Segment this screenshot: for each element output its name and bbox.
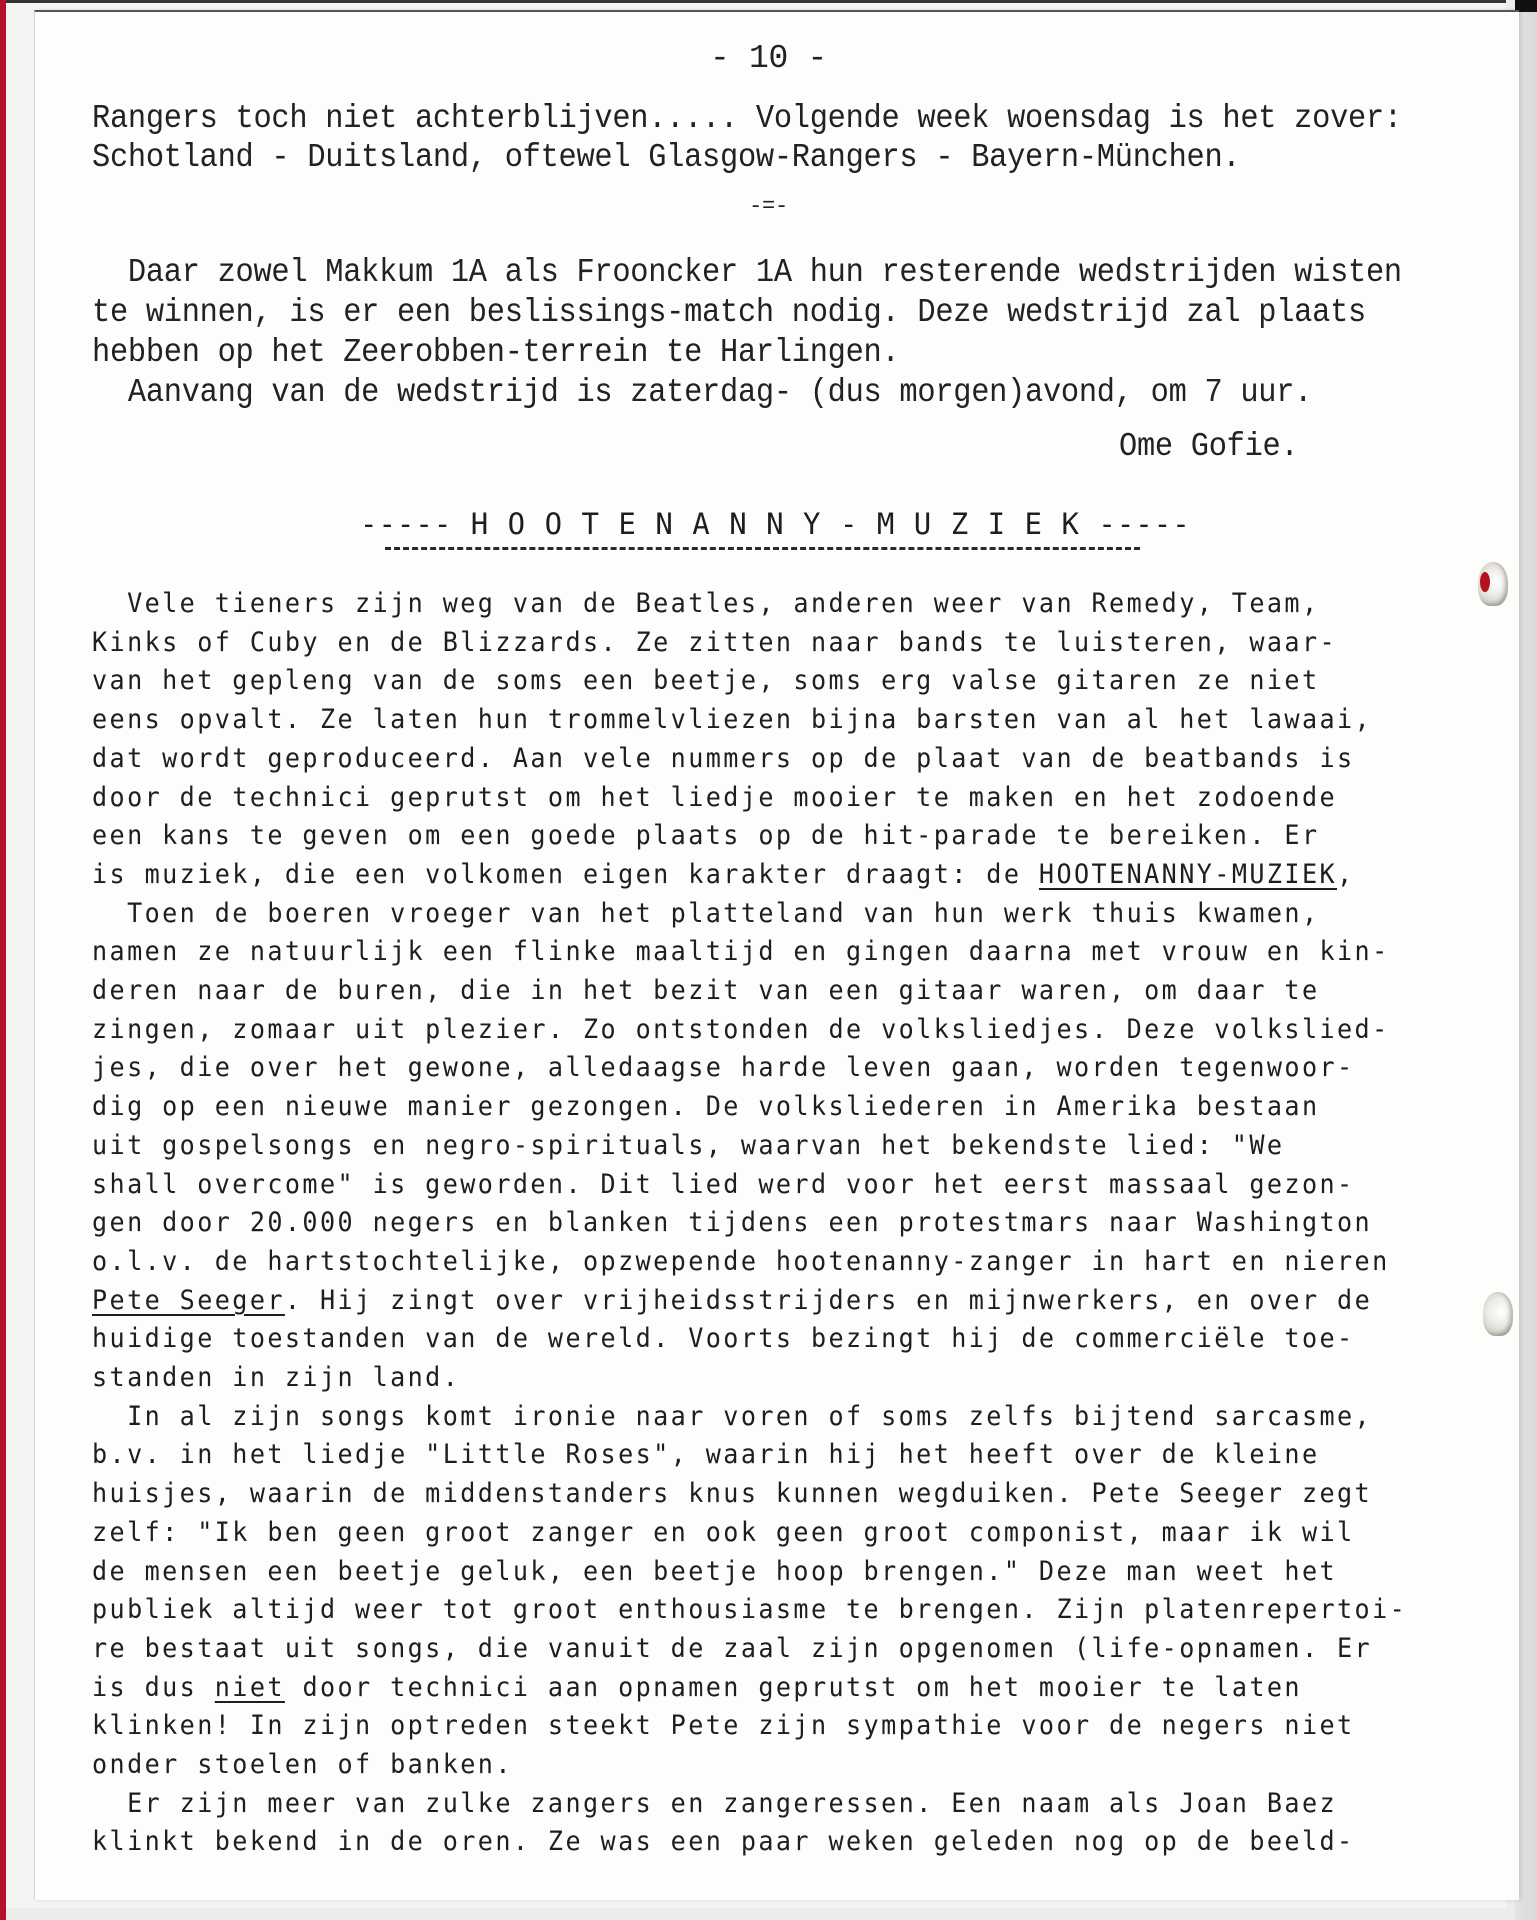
article-line: klinken! In zijn optreden steekt Pete zi…: [92, 1712, 1355, 1739]
line-text: Vele tieners zijn weg van de Beatles, an…: [92, 588, 1319, 619]
article-line: klinkt bekend in de oren. Ze was een paa…: [92, 1828, 1355, 1855]
article-line: huidige toestanden van de wereld. Voorts…: [92, 1325, 1355, 1352]
text-line: hebben op het Zeerobben-terrein te Harli…: [92, 336, 899, 369]
line-text: een kans te geven om een goede plaats op…: [92, 820, 1319, 851]
text-line: Rangers toch niet achterblijven..... Vol…: [92, 102, 1402, 135]
underlined-text: Pete Seeger: [92, 1285, 285, 1316]
article-line: Vele tieners zijn weg van de Beatles, an…: [92, 590, 1319, 617]
article-line: dat wordt geproduceerd. Aan vele nummers…: [92, 745, 1355, 772]
line-text: gen door 20.000 negers en blanken tijden…: [92, 1207, 1372, 1238]
line-text: door technici aan opnamen geprutst om he…: [285, 1672, 1302, 1703]
article-line: van het gepleng van de soms een beetje, …: [92, 667, 1319, 694]
line-text: In al zijn songs komt ironie naar voren …: [92, 1401, 1372, 1432]
article-line: zelf: "Ik ben geen groot zanger en ook g…: [92, 1519, 1355, 1546]
article-line: huisjes, waarin de middenstanders knus k…: [92, 1480, 1372, 1507]
staple-icon: [1483, 1292, 1513, 1336]
line-text: is muziek, die een volkomen eigen karakt…: [92, 859, 1039, 890]
article-line: de mensen een beetje geluk, een beetje h…: [92, 1558, 1337, 1585]
article-line: uit gospelsongs en negro-spirituals, waa…: [92, 1132, 1284, 1159]
line-text: is dus: [92, 1672, 215, 1703]
line-text: de mensen een beetje geluk, een beetje h…: [92, 1556, 1337, 1587]
signature: Ome Gofie.: [1119, 430, 1298, 463]
article-heading: ----- H O O T E N A N N Y - M U Z I E K …: [360, 507, 1191, 541]
line-text: uit gospelsongs en negro-spirituals, waa…: [92, 1130, 1284, 1161]
article-line: jes, die over het gewone, alledaagse har…: [92, 1054, 1355, 1081]
line-text: standen in zijn land.: [92, 1362, 460, 1393]
article-line: onder stoelen of banken.: [92, 1751, 513, 1778]
text-line: Aanvang van de wedstrijd is zaterdag- (d…: [92, 376, 1312, 409]
article-line: deren naar de buren, die in het bezit va…: [92, 977, 1319, 1004]
article-line: zingen, zomaar uit plezier. Zo ontstonde…: [92, 1016, 1390, 1043]
line-text: van het gepleng van de soms een beetje, …: [92, 665, 1319, 696]
line-text: door de technici geprutst om het liedje …: [92, 782, 1337, 813]
line-text: o.l.v. de hartstochtelijke, opzwepende h…: [92, 1246, 1390, 1277]
article-line: is muziek, die een volkomen eigen karakt…: [92, 861, 1355, 888]
line-text: huisjes, waarin de middenstanders knus k…: [92, 1478, 1372, 1509]
article-line: re bestaat uit songs, die vanuit de zaal…: [92, 1635, 1372, 1662]
page-number: - 10 -: [0, 42, 1537, 75]
article-line: standen in zijn land.: [92, 1364, 460, 1391]
article-line: shall overcome" is geworden. Dit lied we…: [92, 1171, 1355, 1198]
article-line: In al zijn songs komt ironie naar voren …: [92, 1403, 1372, 1430]
article-line: publiek altijd weer tot groot enthousias…: [92, 1596, 1407, 1623]
underlined-text: HOOTENANNY-MUZIEK: [1039, 859, 1337, 890]
line-text: onder stoelen of banken.: [92, 1749, 513, 1780]
line-text: deren naar de buren, die in het bezit va…: [92, 975, 1319, 1006]
staple-icon: [1478, 562, 1508, 606]
article-line: eens opvalt. Ze laten hun trommelvliezen…: [92, 706, 1372, 733]
article-line: is dus niet door technici aan opnamen ge…: [92, 1674, 1302, 1701]
line-text: ,: [1337, 859, 1355, 890]
article-line: b.v. in het liedje "Little Roses", waari…: [92, 1441, 1319, 1468]
line-text: dig op een nieuwe manier gezongen. De vo…: [92, 1091, 1319, 1122]
line-text: huidige toestanden van de wereld. Voorts…: [92, 1323, 1355, 1354]
heading-underline: [385, 547, 1140, 550]
line-text: klinkt bekend in de oren. Ze was een paa…: [92, 1826, 1355, 1857]
line-text: shall overcome" is geworden. Dit lied we…: [92, 1169, 1355, 1200]
article-line: een kans te geven om een goede plaats op…: [92, 822, 1319, 849]
article-line: Pete Seeger. Hij zingt over vrijheidsstr…: [92, 1287, 1372, 1314]
line-text: Er zijn meer van zulke zangers en zanger…: [92, 1788, 1337, 1819]
line-text: namen ze natuurlijk een flinke maaltijd …: [92, 936, 1390, 967]
article-line: gen door 20.000 negers en blanken tijden…: [92, 1209, 1372, 1236]
line-text: jes, die over het gewone, alledaagse har…: [92, 1052, 1355, 1083]
text-line: te winnen, is er een beslissings-match n…: [92, 296, 1366, 329]
article-line: Kinks of Cuby en de Blizzards. Ze zitten…: [92, 629, 1337, 656]
line-text: re bestaat uit songs, die vanuit de zaal…: [92, 1633, 1372, 1664]
line-text: . Hij zingt over vrijheidsstrijders en m…: [285, 1285, 1372, 1316]
line-text: dat wordt geproduceerd. Aan vele nummers…: [92, 743, 1355, 774]
line-text: Toen de boeren vroeger van het plattelan…: [92, 898, 1319, 929]
line-text: klinken! In zijn optreden steekt Pete zi…: [92, 1710, 1355, 1741]
underlined-text: niet: [215, 1672, 285, 1703]
line-text: eens opvalt. Ze laten hun trommelvliezen…: [92, 704, 1372, 735]
article-line: door de technici geprutst om het liedje …: [92, 784, 1337, 811]
section-separator: -=-: [0, 196, 1537, 218]
article-line: Er zijn meer van zulke zangers en zanger…: [92, 1790, 1337, 1817]
article-line: namen ze natuurlijk een flinke maaltijd …: [92, 938, 1390, 965]
article-line: Toen de boeren vroeger van het plattelan…: [92, 900, 1319, 927]
article-line: o.l.v. de hartstochtelijke, opzwepende h…: [92, 1248, 1390, 1275]
text-line: Daar zowel Makkum 1A als Frooncker 1A hu…: [92, 256, 1402, 289]
line-text: b.v. in het liedje "Little Roses", waari…: [92, 1439, 1319, 1470]
line-text: publiek altijd weer tot groot enthousias…: [92, 1594, 1407, 1625]
line-text: zingen, zomaar uit plezier. Zo ontstonde…: [92, 1014, 1390, 1045]
line-text: zelf: "Ik ben geen groot zanger en ook g…: [92, 1517, 1355, 1548]
line-text: Kinks of Cuby en de Blizzards. Ze zitten…: [92, 627, 1337, 658]
article-line: dig op een nieuwe manier gezongen. De vo…: [92, 1093, 1319, 1120]
text-line: Schotland - Duitsland, oftewel Glasgow-R…: [92, 141, 1240, 174]
